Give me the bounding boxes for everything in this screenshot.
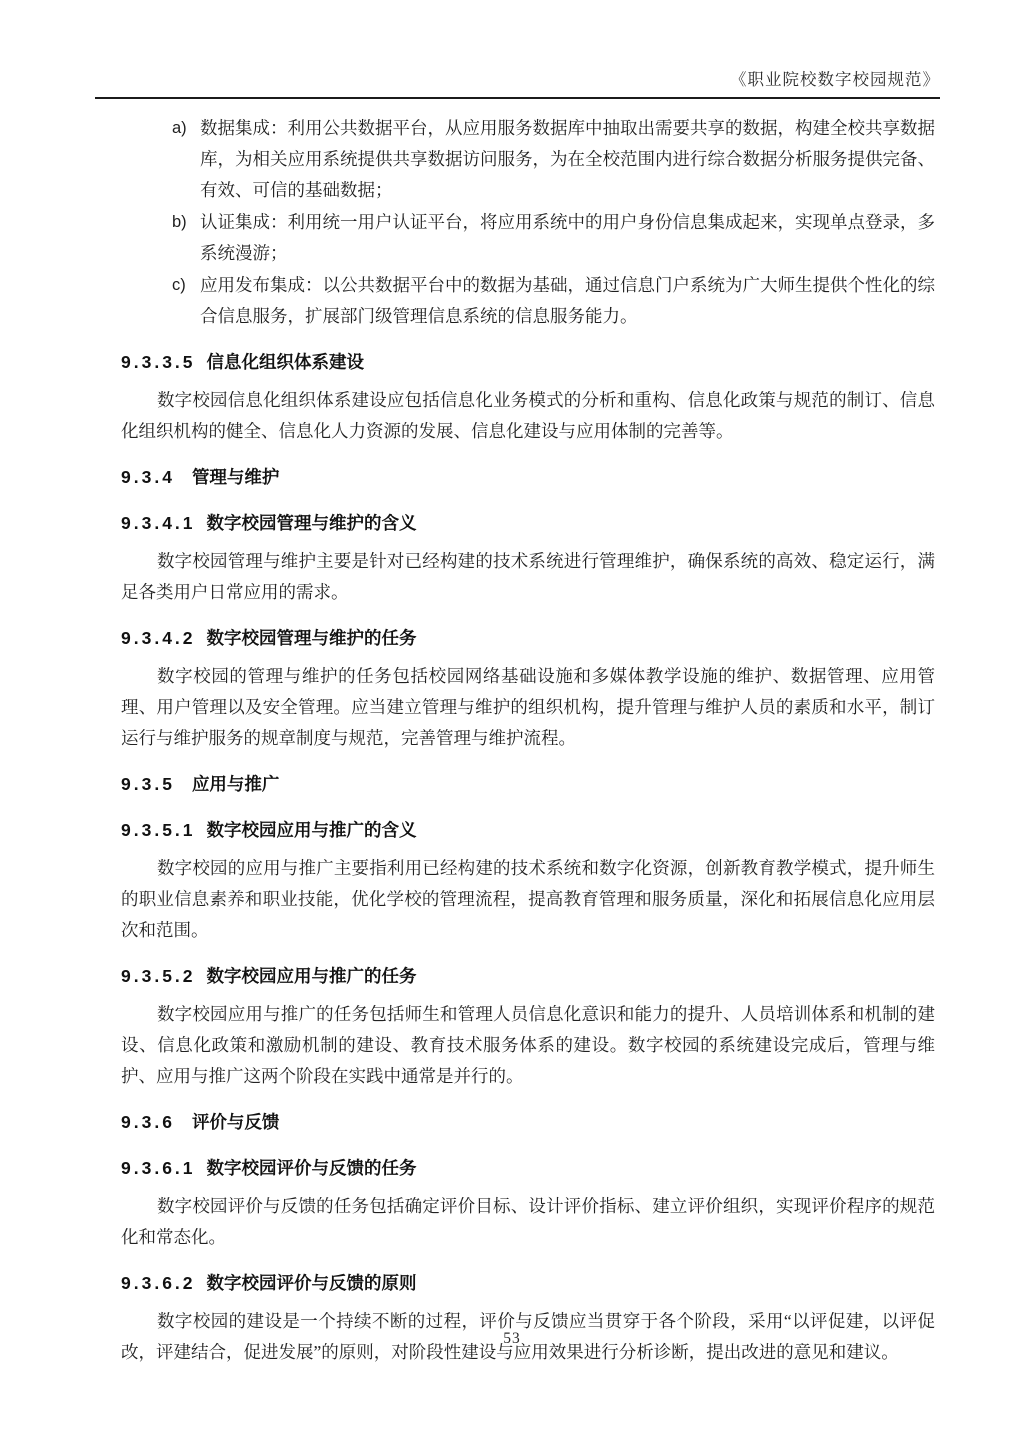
page-number: 53	[0, 1330, 1024, 1348]
paragraph: 数字校园的管理与维护的任务包括校园网络基础设施和多媒体教学设施的维护、数据管理、…	[121, 661, 935, 754]
list-item-text: 应用发布集成：以公共数据平台中的数据为基础，通过信息门户系统为广大师生提供个性化…	[200, 275, 935, 326]
section-title: 数字校园应用与推广的任务	[207, 966, 417, 986]
section-heading-9-3-4-2: 9.3.4.2数字校园管理与维护的任务	[121, 623, 935, 654]
list-item-a: a) 数据集成：利用公共数据平台，从应用服务数据库中抽取出需要共享的数据，构建全…	[121, 113, 935, 206]
section-heading-9-3-3-5: 9.3.3.5信息化组织体系建设	[121, 347, 935, 378]
paragraph: 数字校园评价与反馈的任务包括确定评价目标、设计评价指标、建立评价组织，实现评价程…	[121, 1191, 935, 1253]
section-number: 9.3.6.1	[121, 1158, 196, 1178]
list-item-text: 认证集成：利用统一用户认证平台，将应用系统中的用户身份信息集成起来，实现单点登录…	[200, 212, 935, 263]
section-title: 数字校园管理与维护的任务	[207, 628, 417, 648]
list-item-label: a)	[172, 113, 187, 144]
section-number: 9.3.6	[121, 1112, 175, 1132]
section-heading-9-3-6: 9.3.6评价与反馈	[121, 1107, 935, 1138]
section-title: 数字校园应用与推广的含义	[207, 820, 417, 840]
page-content: a) 数据集成：利用公共数据平台，从应用服务数据库中抽取出需要共享的数据，构建全…	[121, 112, 935, 1373]
section-number: 9.3.4	[121, 467, 175, 487]
section-heading-9-3-4: 9.3.4管理与维护	[121, 462, 935, 493]
section-number: 9.3.5.1	[121, 820, 196, 840]
list-item-label: c)	[172, 270, 186, 301]
list-item-label: b)	[172, 207, 187, 238]
section-title: 评价与反馈	[192, 1112, 280, 1132]
section-number: 9.3.5.2	[121, 966, 196, 986]
list-item-c: c) 应用发布集成：以公共数据平台中的数据为基础，通过信息门户系统为广大师生提供…	[121, 270, 935, 332]
section-number: 9.3.5	[121, 774, 175, 794]
running-header-title: 《职业院校数字校园规范》	[730, 70, 940, 89]
paragraph: 数字校园管理与维护主要是针对已经构建的技术系统进行管理维护，确保系统的高效、稳定…	[121, 546, 935, 608]
paragraph: 数字校园的应用与推广主要指利用已经构建的技术系统和数字化资源，创新教育教学模式，…	[121, 853, 935, 946]
paragraph: 数字校园应用与推广的任务包括师生和管理人员信息化意识和能力的提升、人员培训体系和…	[121, 999, 935, 1092]
section-heading-9-3-6-1: 9.3.6.1数字校园评价与反馈的任务	[121, 1153, 935, 1184]
document-page: 《职业院校数字校园规范》 a) 数据集成：利用公共数据平台，从应用服务数据库中抽…	[0, 0, 1024, 1448]
running-header: 《职业院校数字校园规范》	[95, 66, 940, 99]
section-title: 数字校园评价与反馈的任务	[207, 1158, 417, 1178]
section-title: 管理与维护	[192, 467, 280, 487]
section-title: 数字校园评价与反馈的原则	[207, 1273, 417, 1293]
list-item-b: b) 认证集成：利用统一用户认证平台，将应用系统中的用户身份信息集成起来，实现单…	[121, 207, 935, 269]
section-heading-9-3-5-2: 9.3.5.2数字校园应用与推广的任务	[121, 961, 935, 992]
section-heading-9-3-5-1: 9.3.5.1数字校园应用与推广的含义	[121, 815, 935, 846]
section-number: 9.3.3.5	[121, 352, 196, 372]
paragraph: 数字校园信息化组织体系建设应包括信息化业务模式的分析和重构、信息化政策与规范的制…	[121, 385, 935, 447]
section-heading-9-3-4-1: 9.3.4.1数字校园管理与维护的含义	[121, 508, 935, 539]
section-heading-9-3-6-2: 9.3.6.2数字校园评价与反馈的原则	[121, 1268, 935, 1299]
section-title: 应用与推广	[192, 774, 280, 794]
list-item-text: 数据集成：利用公共数据平台，从应用服务数据库中抽取出需要共享的数据，构建全校共享…	[200, 118, 935, 200]
section-number: 9.3.4.1	[121, 513, 196, 533]
section-title: 数字校园管理与维护的含义	[207, 513, 417, 533]
section-heading-9-3-5: 9.3.5应用与推广	[121, 769, 935, 800]
section-title: 信息化组织体系建设	[207, 352, 365, 372]
section-number: 9.3.4.2	[121, 628, 196, 648]
section-number: 9.3.6.2	[121, 1273, 196, 1293]
